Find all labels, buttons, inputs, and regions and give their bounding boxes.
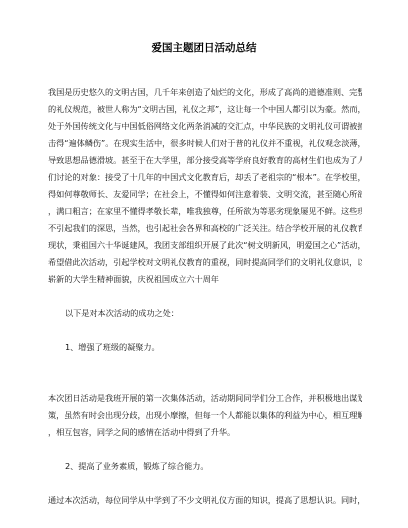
paragraph-intro: 我国是历史悠久的文明古国，几千年来创造了灿烂的文化，形成了高尚的道德准则、完整 … [48, 84, 362, 288]
intro-line: 以下是对本次活动的成功之处： [48, 305, 362, 322]
text-line: 本次团日活动是我班开展的第一次集体活动，活动期间同学们分工合作，并积极地出谋划 [48, 390, 362, 407]
spacer [48, 475, 362, 492]
text-line: 们讨论的对象：接受了十几年的中国式文化教育后，却丢了老祖宗的“根本”。在学校里，… [48, 169, 362, 186]
paragraph-point-2: 通过本次活动，每位同学从中学到了不少文明礼仪方面的知识，提高了思想认识。同时， [48, 492, 362, 509]
document-title: 爱国主题团日活动总结 [0, 40, 408, 55]
document-body: 我国是历史悠久的文明古国，几千年来创造了灿烂的文化，形成了高尚的道德准则、完整 … [48, 84, 362, 509]
text-line: ，满口粗言；在家里不懂得孝敬长辈，唯我独尊，任所欲为等恶劣现象屡见不鲜。这些现象… [48, 203, 362, 220]
point-1-heading: 1、增强了班级的凝聚力。 [48, 339, 362, 356]
text-line: 现状，秉祖国六十华诞建风，我团支部组织开展了此次“树文明新风，明爱国之心”活动， [48, 237, 362, 254]
text-line: 不引起我们的深思，当然，也引起社会各界和高校的广泛关注。结合学校开展的礼仪教育 [48, 220, 362, 237]
point-2-heading: 2、提高了业务素质，锻炼了综合能力。 [48, 458, 362, 475]
text-line: 导致思想品德滑坡。甚至于在大学里，部分接受高等学府良好教育的高材生们也成为了人 [48, 152, 362, 169]
text-line: 得如何尊敬师长、友爱同学；在社会上，不懂得如何注意着装、文明交流，甚至随心所欲 [48, 186, 362, 203]
text-line: 我国是历史悠久的文明古国，几千年来创造了灿烂的文化，形成了高尚的道德准则、完整 [48, 84, 362, 101]
text-line: 处于外国传统文化与中国低俗网络文化两条消减的交汇点，中华民族的文明礼仪可谓被撞 [48, 118, 362, 135]
text-line: 通过本次活动，每位同学从中学到了不少文明礼仪方面的知识，提高了思想认识。同时， [48, 492, 362, 509]
text-line: 希望借此次活动，引起学校对文明礼仪教育的重视，同时提高同学们的文明礼仪意识，以 [48, 254, 362, 271]
text-line: ，相互包容，同学之间的感情在活动中得到了升华。 [48, 424, 362, 441]
spacer [48, 441, 362, 458]
text-line: 的礼仪规范，被世人称为“文明古国，礼仪之邦”，这让每一个中国人都引以为豪。然而， [48, 101, 362, 118]
text-line: 崭新的大学生精神面貌，庆祝祖国成立六十周年 [48, 271, 362, 288]
document-page: 爱国主题团日活动总结 我国是历史悠久的文明古国，几千年来创造了灿烂的文化，形成了… [0, 0, 408, 528]
text-line: 击得“遍体鳞伤”。在现实生活中，很多时候人们对于普的礼仪并不重视，礼仪观念淡薄， [48, 135, 362, 152]
spacer [48, 288, 362, 305]
spacer [48, 356, 362, 373]
spacer [48, 322, 362, 339]
spacer [48, 373, 362, 390]
paragraph-point-1: 本次团日活动是我班开展的第一次集体活动，活动期间同学们分工合作，并积极地出谋划 … [48, 390, 362, 441]
text-line: 策，虽然有时会出现分歧，出现小摩擦，但每一个人都能以集体的利益为中心，相互理解 [48, 407, 362, 424]
